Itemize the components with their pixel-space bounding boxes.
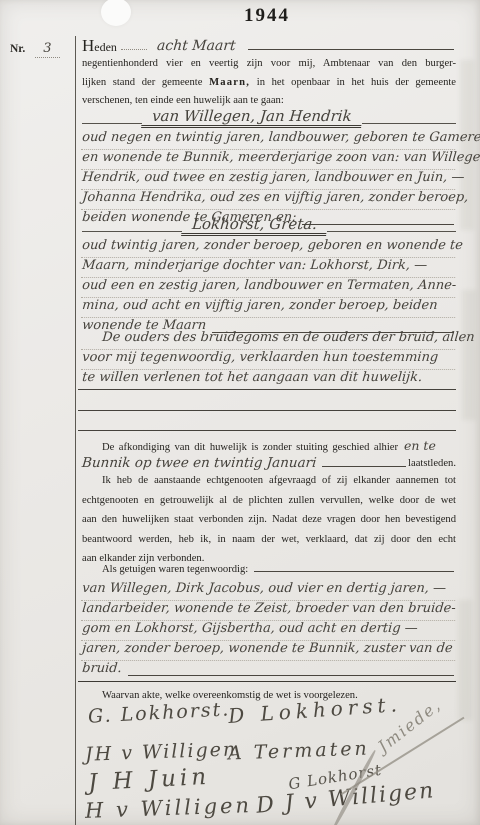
fill-line <box>322 466 406 467</box>
fill-line <box>82 123 142 124</box>
announcement-row: De afkondiging van dit huwelijk is zonde… <box>82 437 456 455</box>
consent-line: De ouders des bruidegoms en de ouders de… <box>81 330 457 350</box>
groom-line: Johanna Hendrika, oud zes en vijftig jar… <box>81 190 457 210</box>
consent-line: voor mij tegenwoordig, verklaarden hun t… <box>81 350 457 370</box>
signature-h-v-willigen: H v Willigen <box>85 793 253 823</box>
groom-line: Hendrik, oud twee en zestig jaren, landb… <box>81 170 457 190</box>
dotted-leader <box>121 49 147 50</box>
fill-line <box>254 571 454 572</box>
witness-line: van Willegen, Dirk Jacobus, oud vier en … <box>81 581 457 601</box>
witness-line-last-row: bruid. <box>82 661 456 680</box>
signature-j-h-juin: J H Juin <box>87 764 210 796</box>
bride-line: oud twintig jaren, zonder beroep, gebore… <box>81 238 457 258</box>
intro-line-2-post: in het openbaar in het huis der gemeente <box>257 77 456 88</box>
bride-line: Maarn, minderjarige dochter van: Lokhors… <box>81 258 457 278</box>
intro-line-2-pre: lijken stand der gemeente <box>82 77 202 88</box>
witnesses-label-row: Als getuigen waren tegenwoordig: <box>82 565 456 576</box>
closing-divider-line <box>78 681 456 682</box>
groom-line: en wonende te Bunnik, meerderjarige zoon… <box>81 150 457 170</box>
witness-line: gom en Lokhorst, Gijsbertha, oud acht en… <box>81 621 457 641</box>
announcement-printed: De afkondiging van dit huwelijk is zonde… <box>82 443 398 454</box>
witnesses-label: Als getuigen waren tegenwoordig: <box>82 565 248 576</box>
fill-line <box>128 675 454 676</box>
announcement-printed-end: laatstleden. <box>408 459 456 470</box>
signature-a-termaten: A Termaten <box>228 738 370 765</box>
fill-line <box>327 231 456 232</box>
heden-row: Heden acht Maart <box>82 37 456 54</box>
blank-rule <box>78 410 456 411</box>
vows-line: aan den huwelijken staat verbonden zijn.… <box>82 515 456 535</box>
announcement-handwritten-line: Bunnik op twee en twintig Januari <box>81 455 317 471</box>
groom-name: van Willegen, Jan Hendrik <box>141 107 362 128</box>
handwritten-date: acht Maart <box>156 38 236 54</box>
witness-line: bruid. <box>81 661 122 680</box>
intro-line-2: lijken stand der gemeente Maarn, in het … <box>82 78 456 97</box>
fill-line <box>248 49 454 50</box>
groom-line: oud negen en twintig jaren, landbouwer, … <box>81 130 457 150</box>
record-number-row: Nr.3 <box>10 41 70 58</box>
marriage-certificate-page: 1944 Nr.3 Heden acht Maart negentienhond… <box>0 0 480 825</box>
announcement-row-2: Bunnik op twee en twintig Januari laatst… <box>82 455 456 471</box>
blank-rule <box>78 389 456 390</box>
fill-line <box>362 123 456 124</box>
witnesses-details: van Willegen, Dirk Jacobus, oud vier en … <box>82 581 456 680</box>
record-number-value: 3 <box>35 41 59 58</box>
bride-name-row: Lokhorst, Greta. <box>82 218 456 236</box>
blank-rule <box>78 430 456 431</box>
bride-line: mina, oud acht en vijftig jaren, zonder … <box>81 298 457 318</box>
record-number-label: Nr. <box>10 43 25 55</box>
vows-line: echtgenooten en getrouwelijk al de plich… <box>82 496 456 516</box>
witness-line: landarbeider, wonende te Zeist, broeder … <box>81 601 457 621</box>
fill-line <box>82 231 182 232</box>
margin-divider-line <box>75 36 76 825</box>
vows-line: beantwoord werden, heb ik, in naam der w… <box>82 535 456 555</box>
page-title-year: 1944 <box>78 5 456 27</box>
groom-name-row: van Willegen, Jan Hendrik <box>82 110 456 128</box>
intro-line-1: negentienhonderd vier en veertig zijn vo… <box>82 59 456 78</box>
signature-jh-v-willigen: JH v Willigen <box>85 738 238 765</box>
bleedthrough-mark <box>462 290 476 420</box>
bride-details: oud twintig jaren, zonder beroep, gebore… <box>82 238 456 337</box>
heden-label: Heden <box>82 37 117 54</box>
witness-line: jaren, zonder beroep, wonende te Bunnik,… <box>81 641 457 661</box>
vows-line: Ik heb de aanstaande echtgenooten afgevr… <box>82 476 456 496</box>
signature-g-lokhorst-bride: G. Lokhorst. <box>88 698 231 727</box>
vows-paragraph: Ik heb de aanstaande echtgenooten afgevr… <box>82 476 456 574</box>
consent-line: te willen verlenen tot het aangaan van d… <box>81 370 457 390</box>
bride-line: oud een en zestig jaren, landbouwer en T… <box>81 278 457 298</box>
bleedthrough-mark <box>458 600 472 720</box>
municipality-name: Maarn, <box>209 77 250 88</box>
announcement-handwritten-tail: en te <box>404 438 436 453</box>
consent-paragraph: De ouders des bruidegoms en de ouders de… <box>82 330 456 390</box>
bride-name: Lokhorst, Greta. <box>181 215 328 236</box>
